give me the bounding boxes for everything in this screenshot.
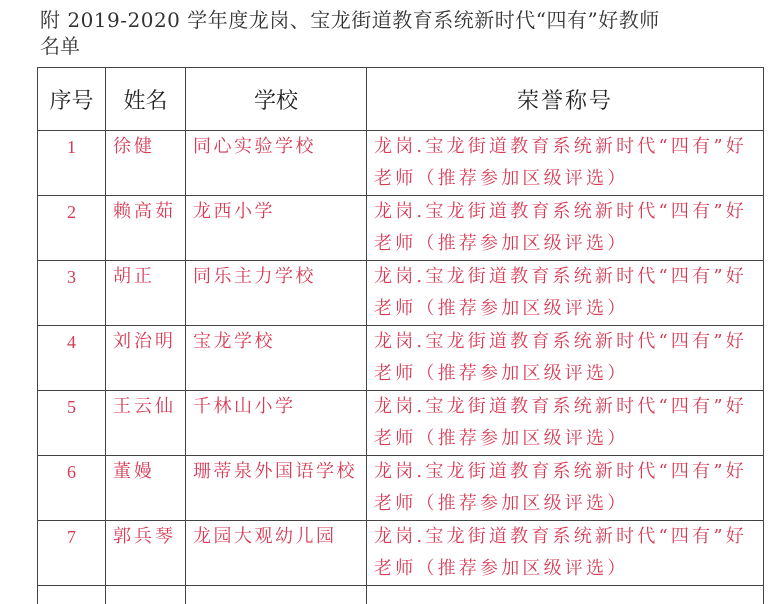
table-row: 7 郭兵琴 龙园大观幼儿园 龙岗.宝龙街道教育系统新时代“四有”好老师（推荐参加… xyxy=(38,521,764,586)
table-row-partial xyxy=(38,586,764,604)
cell-honor: 龙岗.宝龙街道教育系统新时代“四有”好老师（推荐参加区级评选） xyxy=(367,391,764,456)
honor-line1: 龙岗.宝龙街道教育系统新时代“四有”好 xyxy=(374,391,763,423)
cell-honor: 龙岗.宝龙街道教育系统新时代“四有”好老师（推荐参加区级评选） xyxy=(367,131,764,196)
honor-line2: 老师（推荐参加区级评选） xyxy=(374,423,763,455)
honor-line1: 龙岗.宝龙街道教育系统新时代“四有”好 xyxy=(374,196,763,228)
honor-line1: 龙岗.宝龙街道教育系统新时代“四有”好 xyxy=(374,261,763,293)
cell-school: 珊蒂泉外国语学校 xyxy=(186,456,367,521)
table-row: 5 王云仙 千林山小学 龙岗.宝龙街道教育系统新时代“四有”好老师（推荐参加区级… xyxy=(38,391,764,456)
cell-no: 3 xyxy=(38,261,106,326)
cell-no: 2 xyxy=(38,196,106,261)
table-row: 4 刘治明 宝龙学校 龙岗.宝龙街道教育系统新时代“四有”好老师（推荐参加区级评… xyxy=(38,326,764,391)
table-row: 1 徐健 同心实验学校 龙岗.宝龙街道教育系统新时代“四有”好老师（推荐参加区级… xyxy=(38,131,764,196)
honor-line1: 龙岗.宝龙街道教育系统新时代“四有”好 xyxy=(374,131,763,163)
cell-name: 徐健 xyxy=(106,131,186,196)
table-header-row: 序号 姓名 学校 荣誉称号 xyxy=(38,68,764,131)
table-row: 6 董嫚 珊蒂泉外国语学校 龙岗.宝龙街道教育系统新时代“四有”好老师（推荐参加… xyxy=(38,456,764,521)
honor-line2: 老师（推荐参加区级评选） xyxy=(374,488,763,520)
cell-name: 董嫚 xyxy=(106,456,186,521)
document-title-continued: 名单 xyxy=(40,29,80,63)
cell-school: 宝龙学校 xyxy=(186,326,367,391)
cell-honor: 龙岗.宝龙街道教育系统新时代“四有”好老师（推荐参加区级评选） xyxy=(367,456,764,521)
honor-line2: 老师（推荐参加区级评选） xyxy=(374,293,763,325)
honor-line1: 龙岗.宝龙街道教育系统新时代“四有”好 xyxy=(374,456,763,488)
cell-name: 王云仙 xyxy=(106,391,186,456)
cell-honor: 龙岗.宝龙街道教育系统新时代“四有”好老师（推荐参加区级评选） xyxy=(367,196,764,261)
cell-no xyxy=(38,586,106,604)
header-name: 姓名 xyxy=(106,68,186,131)
document-title: 附 2019-2020 学年度龙岗、宝龙街道教育系统新时代“四有”好教师 xyxy=(40,3,660,37)
cell-no: 7 xyxy=(38,521,106,586)
honor-line2: 老师（推荐参加区级评选） xyxy=(374,553,763,585)
cell-no: 6 xyxy=(38,456,106,521)
cell-name: 赖高茹 xyxy=(106,196,186,261)
cell-honor: 龙岗.宝龙街道教育系统新时代“四有”好老师（推荐参加区级评选） xyxy=(367,521,764,586)
table-row: 3 胡正 同乐主力学校 龙岗.宝龙街道教育系统新时代“四有”好老师（推荐参加区级… xyxy=(38,261,764,326)
cell-name: 刘治明 xyxy=(106,326,186,391)
cell-honor: 龙岗.宝龙街道教育系统新时代“四有”好老师（推荐参加区级评选） xyxy=(367,261,764,326)
cell-honor: 龙岗.宝龙街道教育系统新时代“四有”好老师（推荐参加区级评选） xyxy=(367,326,764,391)
cell-name: 胡正 xyxy=(106,261,186,326)
header-school: 学校 xyxy=(186,68,367,131)
honor-list-table: 序号 姓名 学校 荣誉称号 1 徐健 同心实验学校 龙岗.宝龙街道教育系统新时代… xyxy=(37,67,764,604)
cell-school: 同心实验学校 xyxy=(186,131,367,196)
cell-no: 1 xyxy=(38,131,106,196)
honor-line1: 龙岗.宝龙街道教育系统新时代“四有”好 xyxy=(374,326,763,358)
cell-school: 同乐主力学校 xyxy=(186,261,367,326)
cell-name: 郭兵琴 xyxy=(106,521,186,586)
cell-name xyxy=(106,586,186,604)
cell-school: 龙西小学 xyxy=(186,196,367,261)
honor-line2: 老师（推荐参加区级评选） xyxy=(374,163,763,195)
cell-school: 龙园大观幼儿园 xyxy=(186,521,367,586)
honor-line1: 龙岗.宝龙街道教育系统新时代“四有”好 xyxy=(374,521,763,553)
cell-no: 5 xyxy=(38,391,106,456)
cell-honor xyxy=(367,586,764,604)
cell-school: 千林山小学 xyxy=(186,391,367,456)
cell-no: 4 xyxy=(38,326,106,391)
table-row: 2 赖高茹 龙西小学 龙岗.宝龙街道教育系统新时代“四有”好老师（推荐参加区级评… xyxy=(38,196,764,261)
header-no: 序号 xyxy=(38,68,106,131)
header-honor: 荣誉称号 xyxy=(367,68,764,131)
cell-school xyxy=(186,586,367,604)
honor-line2: 老师（推荐参加区级评选） xyxy=(374,228,763,260)
honor-line2: 老师（推荐参加区级评选） xyxy=(374,358,763,390)
